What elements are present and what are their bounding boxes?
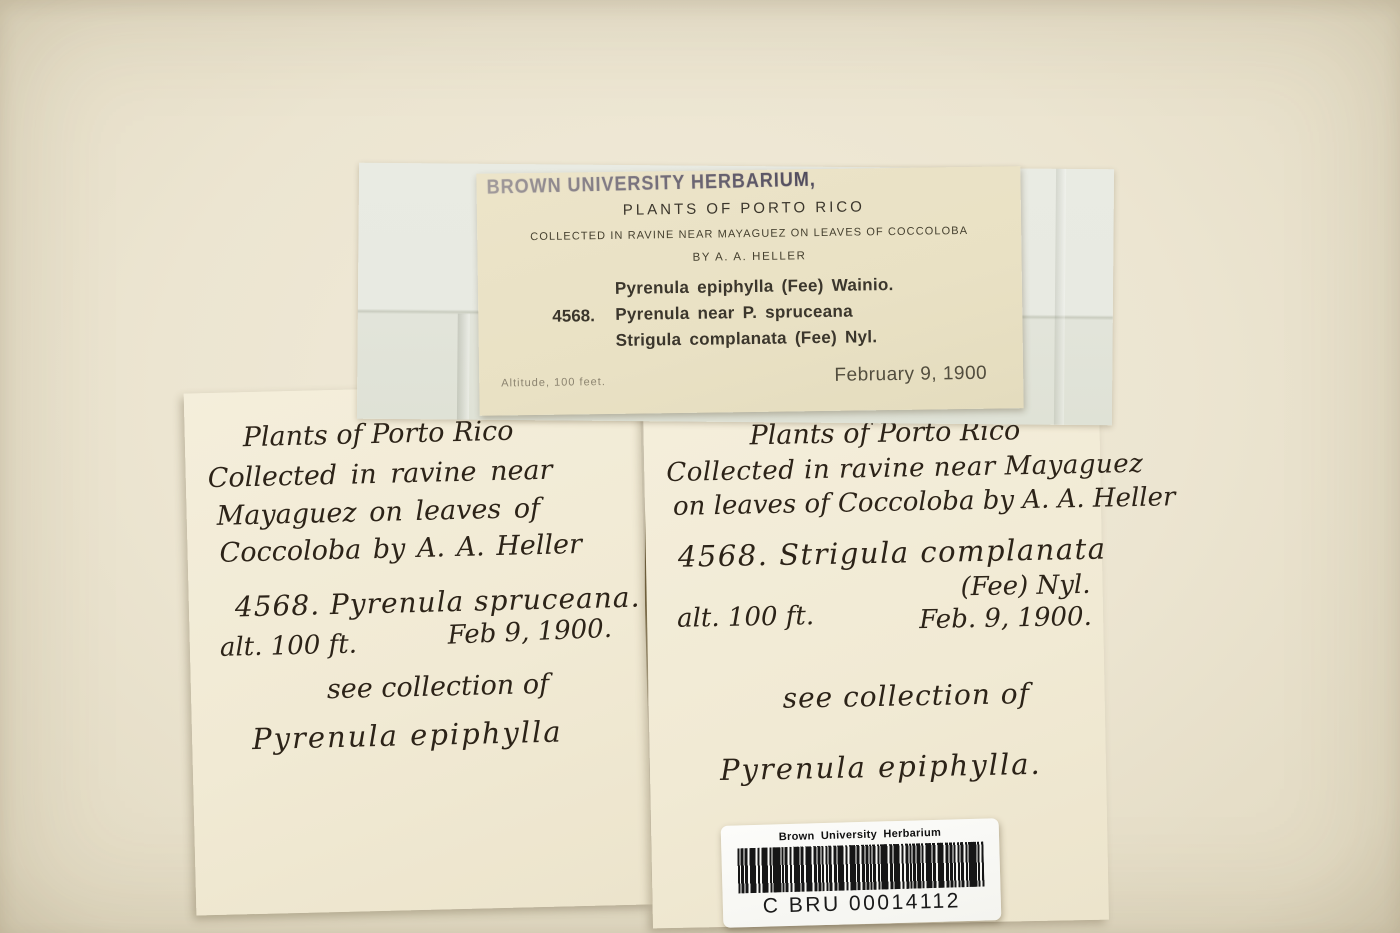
- label-title: PLANTS OF PORTO RICO: [477, 196, 1011, 220]
- specimen-photo: Plants of Porto Rico Collected in ravine…: [0, 0, 1400, 933]
- label-determination-line: Strigula complanata (Fee) Nyl.: [616, 324, 895, 354]
- card-author: (Fee) Nyl.: [960, 570, 1091, 602]
- card-header-line: Plants of Porto Rico: [242, 416, 513, 454]
- card-date: Feb. 9, 1900.: [919, 602, 1092, 635]
- card-altitude: alt. 100 ft.: [677, 601, 815, 634]
- barcode-icon: [737, 842, 984, 894]
- card-header-line: on leaves of Coccoloba by A. A. Heller: [673, 482, 1176, 522]
- label-date: February 9, 1900: [834, 363, 987, 387]
- card-date: Feb 9, 1900.: [447, 614, 613, 651]
- card-header-line: Mayaguez on leaves of: [216, 493, 540, 532]
- label-determination-line: Pyrenula near P. spruceana: [615, 298, 894, 328]
- card-header-line: Collected in ravine near Mayaguez: [666, 449, 1144, 488]
- barcode-number: C BRU 00014112: [723, 888, 1002, 920]
- handwritten-card-left: Plants of Porto Rico Collected in ravine…: [184, 383, 653, 916]
- label-determinations: Pyrenula epiphylla (Fee) Wainio. Pyrenul…: [615, 272, 895, 354]
- card-note-line: Pyrenula epiphylla.: [720, 747, 1042, 787]
- label-determination-line: Pyrenula epiphylla (Fee) Wainio.: [615, 272, 894, 302]
- label-collection-line: COLLECTED IN RAVINE NEAR MAYAGUEZ ON LEA…: [477, 224, 1021, 244]
- printed-label: BROWN UNIVERSITY HERBARIUM, PLANTS OF PO…: [476, 166, 1023, 416]
- card-note-line: see collection of: [327, 669, 550, 705]
- card-header-line: Coccoloba by A. A. Heller: [219, 529, 582, 569]
- card-altitude: alt. 100 ft.: [220, 629, 358, 662]
- packet-fold-seam: [457, 314, 470, 420]
- barcode-label: Brown University Herbarium C BRU 0001411…: [721, 818, 1002, 928]
- label-collector-line: BY A. A. HELLER: [477, 247, 1021, 267]
- label-collection-number: 4568.: [552, 306, 595, 327]
- card-note-line: see collection of: [782, 677, 1030, 715]
- card-header-line: Collected in ravine near: [207, 455, 552, 494]
- card-determination: 4568. Strigula complanata: [678, 532, 1107, 574]
- packet-fold-seam: [1054, 169, 1066, 425]
- card-note-line: Pyrenula epiphylla: [252, 714, 563, 756]
- herbarium-stamp: BROWN UNIVERSITY HERBARIUM,: [486, 169, 816, 200]
- label-altitude: Altitude, 100 feet.: [501, 376, 606, 389]
